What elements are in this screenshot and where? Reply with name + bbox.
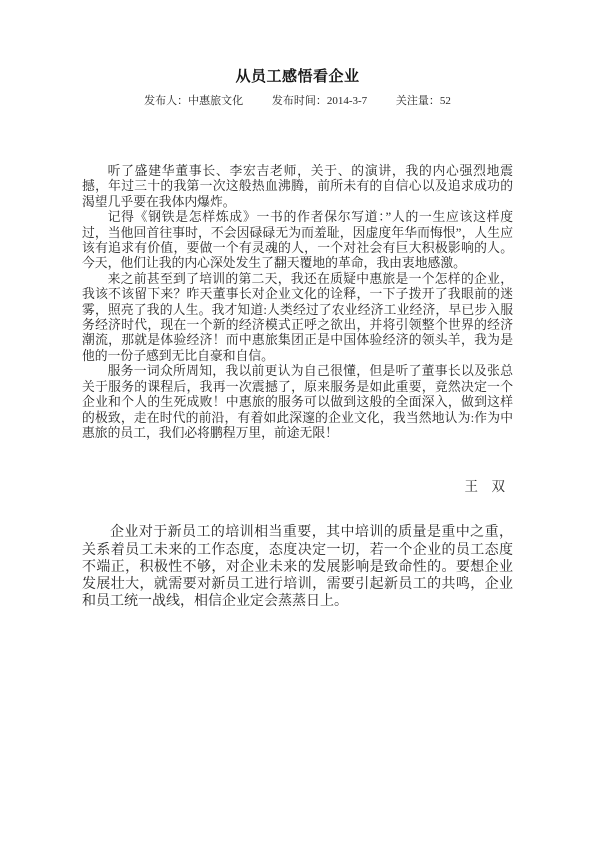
article-body: 听了盛建华董事长、李宏吉老师，关于、的演讲，我的内心强烈地震撼，年过三十的我第一…: [82, 164, 513, 441]
signature: 王 双: [0, 475, 505, 495]
document-page: 从员工感悟看企业 发布人：中惠旅文化 发布时间：2014-3-7 关注量：52 …: [0, 0, 595, 842]
meta-publisher: 发布人：中惠旅文化: [144, 95, 243, 107]
article-paragraph: 记得《钢铁是怎样炼成》一书的作者保尔写道：”人的一生应该这样度过，当他回首往事时…: [82, 210, 513, 272]
article-paragraph: 服务一词众所周知，我以前更认为自己很懂，但是听了董事长以及张总关于服务的课程后，…: [82, 364, 513, 441]
closing-paragraph: 企业对于新员工的培训相当重要，其中培训的质量是重中之重，关系着员工未来的工作态度…: [82, 524, 513, 610]
meta-publish-time: 发布时间：2014-3-7: [272, 95, 367, 107]
article-paragraph: 听了盛建华董事长、李宏吉老师，关于、的演讲，我的内心强烈地震撼，年过三十的我第一…: [82, 164, 513, 210]
meta-line: 发布人：中惠旅文化 发布时间：2014-3-7 关注量：52: [0, 92, 595, 108]
article-paragraph: 来之前甚至到了培训的第二天，我还在质疑中惠旅是一个怎样的企业，我该不该留下来？昨…: [82, 272, 513, 364]
meta-view-count: 关注量：52: [396, 95, 451, 107]
page-title: 从员工感悟看企业: [0, 0, 595, 86]
